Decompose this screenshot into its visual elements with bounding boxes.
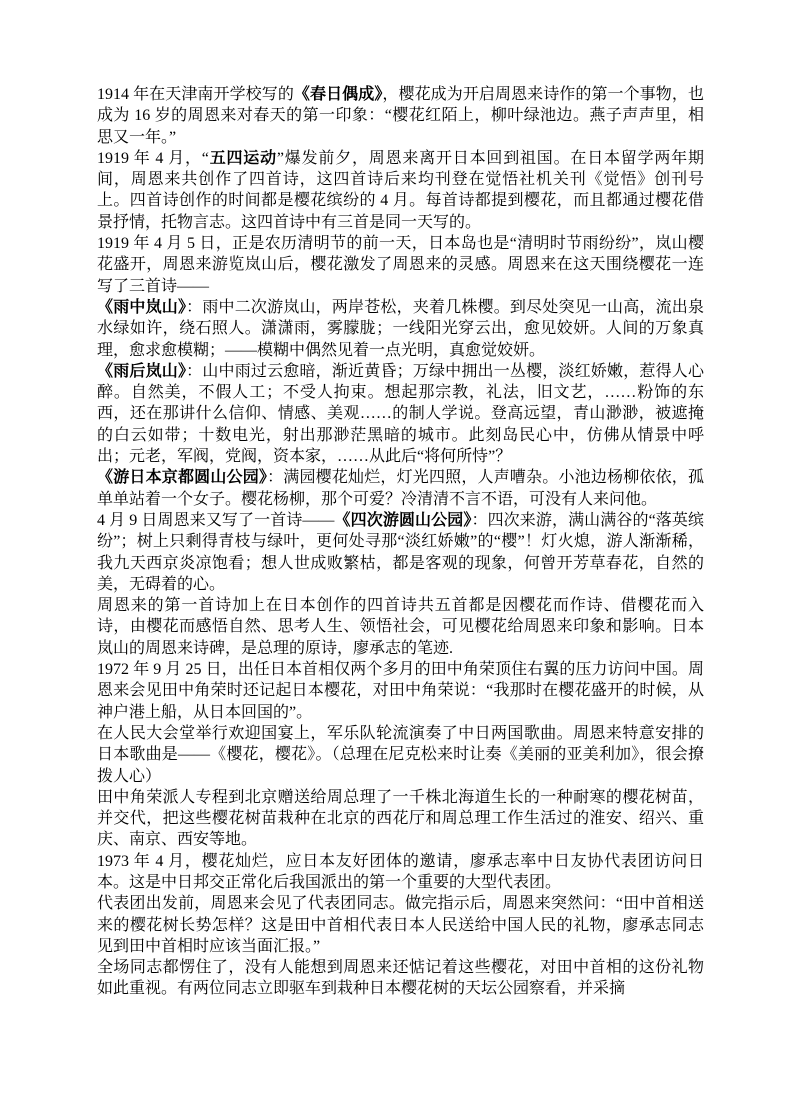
- bold-text-run: 《雨中岚山》: [97, 299, 186, 316]
- paragraph: 《游日本京都圆山公园》：满园樱花灿烂，灯光四照，人声嘈杂。小池边杨柳依依，孤单单…: [97, 467, 704, 510]
- paragraph: 4 月 9 日周恩来又写了一首诗——《四次游圆山公园》：四次来游，满山满谷的“落…: [97, 510, 704, 595]
- bold-text-run: 《春日偶成》: [294, 86, 383, 103]
- paragraph: 1919 年 4 月 5 日，正是农历清明节的前一天，日本岛也是“清明时节雨纷纷…: [97, 233, 704, 297]
- text-run: 1919 年 4 月，“: [97, 150, 209, 167]
- paragraph: 代表团出发前，周恩来会见了代表团同志。做完指示后，周恩来突然问：“田中首相送来的…: [97, 893, 704, 957]
- text-run: 1973 年 4 月，樱花灿烂，应日本友好团体的邀请，廖承志率中日友协代表团访问…: [97, 853, 704, 891]
- document-page: 1914 年在天津南开学校写的《春日偶成》，樱花成为开启周恩来诗作的第一个事物，…: [0, 0, 800, 1100]
- text-run: 1914 年在天津南开学校写的: [97, 86, 294, 103]
- bold-text-run: 五四运动: [209, 150, 277, 167]
- text-run: 周恩来的第一首诗加上在日本创作的四首诗共五首都是因樱花而作诗、借樱花而入诗，由樱…: [97, 597, 704, 657]
- document-text-block: 1914 年在天津南开学校写的《春日偶成》，樱花成为开启周恩来诗作的第一个事物，…: [97, 84, 704, 1000]
- paragraph: 田中角荣派人专程到北京赠送给周总理了一千株北海道生长的一种耐寒的樱花树苗，并交代…: [97, 787, 704, 851]
- paragraph: 1973 年 4 月，樱花灿烂，应日本友好团体的邀请，廖承志率中日友协代表团访问…: [97, 851, 704, 894]
- paragraph: 《雨后岚山》：山中雨过云愈暗，渐近黄昏；万绿中拥出一丛樱，淡红娇嫩，惹得人心醉。…: [97, 361, 704, 467]
- paragraph: 在人民大会堂举行欢迎国宴上，军乐队轮流演奏了中日两国歌曲。周恩来特意安排的日本歌…: [97, 723, 704, 787]
- text-run: 代表团出发前，周恩来会见了代表团同志。做完指示后，周恩来突然问：“田中首相送来的…: [97, 895, 704, 955]
- paragraph: 1972 年 9 月 25 日，出任日本首相仅两个多月的田中角荣顶住右翼的压力访…: [97, 659, 704, 723]
- paragraph: 1914 年在天津南开学校写的《春日偶成》，樱花成为开启周恩来诗作的第一个事物，…: [97, 84, 704, 148]
- text-run: 全场同志都愣住了，没有人能想到周恩来还惦记着这些樱花，对田中首相的这份礼物如此重…: [97, 959, 704, 997]
- paragraph: 《雨中岚山》：雨中二次游岚山，两岸苍松，夹着几株樱。到尽处突见一山高，流出泉水绿…: [97, 297, 704, 361]
- paragraph: 全场同志都愣住了，没有人能想到周恩来还惦记着这些樱花，对田中首相的这份礼物如此重…: [97, 957, 704, 1000]
- text-run: 1919 年 4 月 5 日，正是农历清明节的前一天，日本岛也是“清明时节雨纷纷…: [97, 235, 704, 295]
- text-run: 1972 年 9 月 25 日，出任日本首相仅两个多月的田中角荣顶住右翼的压力访…: [97, 661, 704, 721]
- bold-text-run: 《雨后岚山》: [97, 363, 186, 380]
- text-run: ：山中雨过云愈暗，渐近黄昏；万绿中拥出一丛樱，淡红娇嫩，惹得人心醉。自然美，不假…: [97, 363, 704, 465]
- text-run: ：雨中二次游岚山，两岸苍松，夹着几株樱。到尽处突见一山高，流出泉水绿如许，绕石照…: [97, 299, 704, 359]
- bold-text-run: 《游日本京都圆山公园》: [97, 469, 267, 486]
- paragraph: 周恩来的第一首诗加上在日本创作的四首诗共五首都是因樱花而作诗、借樱花而入诗，由樱…: [97, 595, 704, 659]
- text-run: 田中角荣派人专程到北京赠送给周总理了一千株北海道生长的一种耐寒的樱花树苗，并交代…: [97, 789, 704, 849]
- bold-text-run: 《四次游圆山公园》: [334, 512, 471, 529]
- text-run: 4 月 9 日周恩来又写了一首诗——: [97, 512, 334, 529]
- text-run: 在人民大会堂举行欢迎国宴上，军乐队轮流演奏了中日两国歌曲。周恩来特意安排的日本歌…: [97, 725, 704, 785]
- paragraph: 1919 年 4 月，“五四运动”爆发前夕，周恩来离开日本回到祖国。在日本留学两…: [97, 148, 704, 233]
